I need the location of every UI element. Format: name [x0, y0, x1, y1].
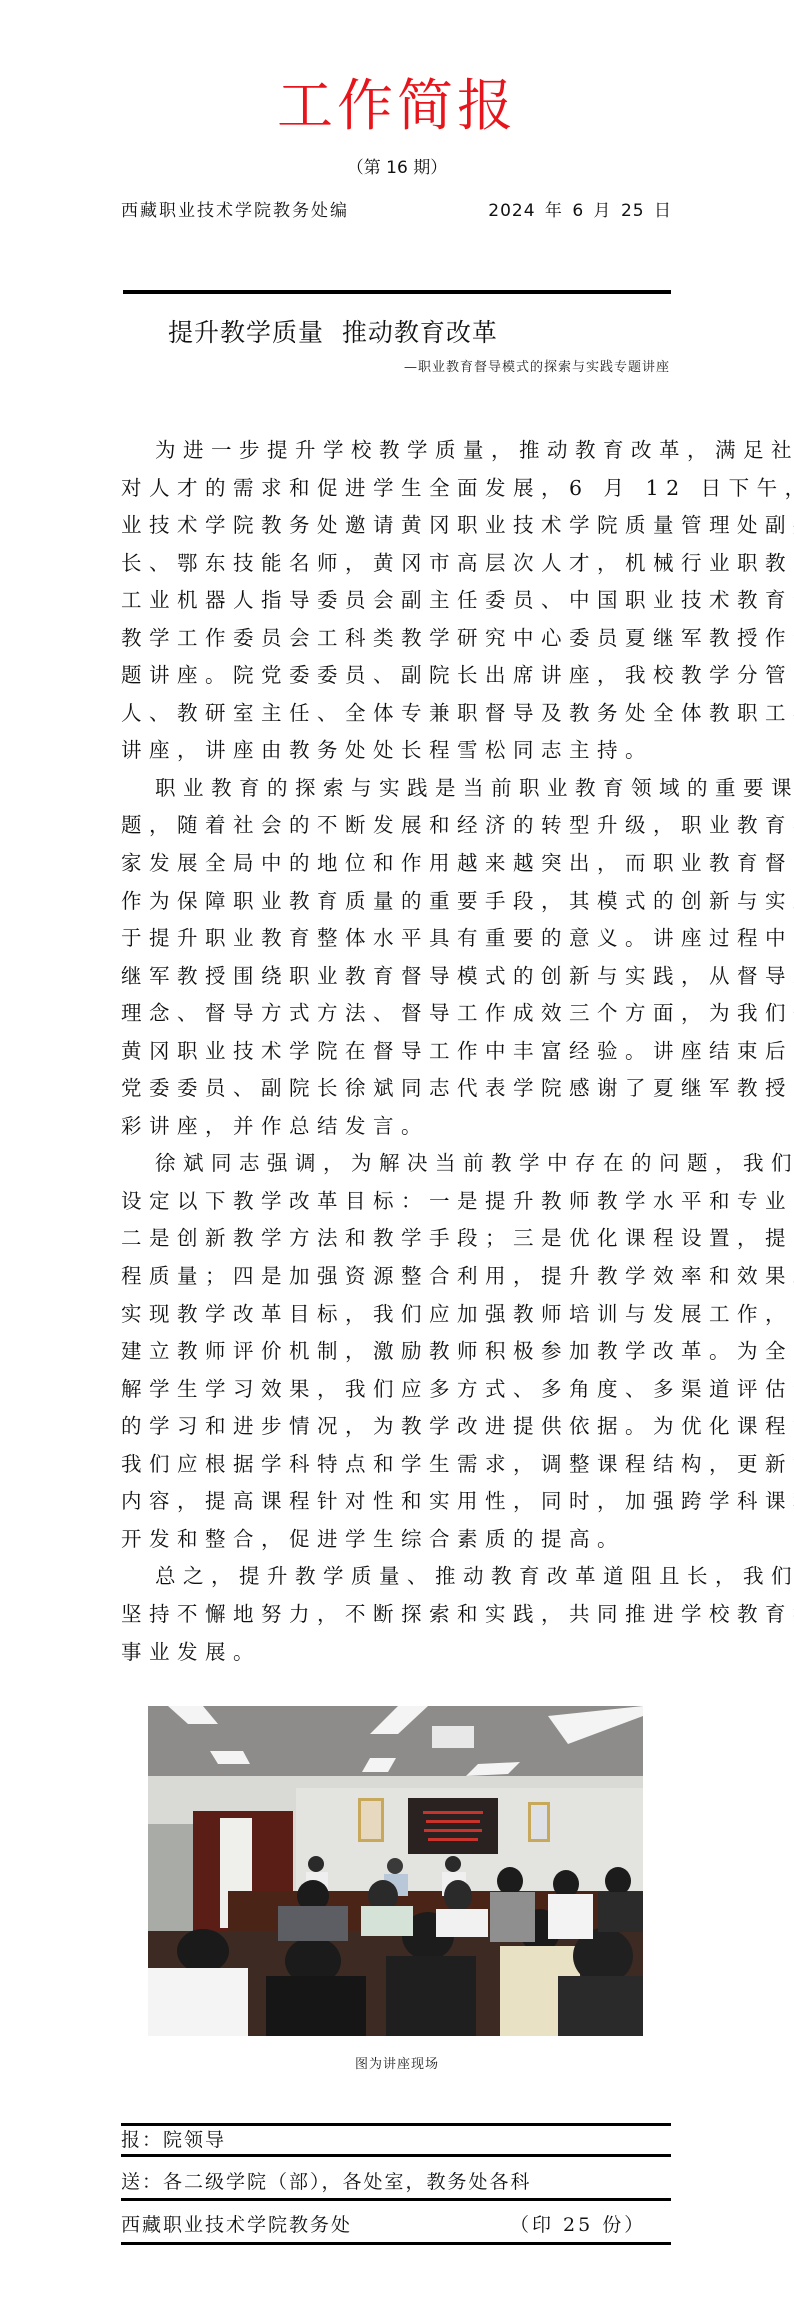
- footer-divider-3: [121, 2198, 671, 2201]
- body-line: 总之，提升教学质量、推动教育改革道阻且长，我们将: [121, 1558, 673, 1596]
- body-line: 设定以下教学改革目标：一是提升教师教学水平和专业素养；: [121, 1183, 673, 1221]
- body-line: 我们应根据学科特点和学生需求，调整课程结构，更新课程: [121, 1446, 673, 1484]
- body-line: 作为保障职业教育质量的重要手段，其模式的创新与实践对: [121, 883, 673, 921]
- body-line: 题讲座。院党委委员、副院长出席讲座，我校教学分管负责: [121, 657, 673, 695]
- body-line: 徐斌同志强调，为解决当前教学中存在的问题，我们应: [121, 1145, 673, 1183]
- body-line: 工业机器人指导委员会副主任委员、中国职业技术教育学会: [121, 582, 673, 620]
- article-body: 为进一步提升学校教学质量，推动教育改革，满足社会对人才的需求和促进学生全面发展，…: [121, 432, 673, 1671]
- body-line: 长、鄂东技能名师，黄冈市高层次人才，机械行业职教系统: [121, 545, 673, 583]
- body-line: 对人才的需求和促进学生全面发展，6 月 12 日下午，西藏职: [121, 470, 673, 508]
- body-line: 二是创新教学方法和教学手段；三是优化课程设置，提高课: [121, 1220, 673, 1258]
- body-line: 坚持不懈地努力，不断探索和实践，共同推进学校教育教学: [121, 1596, 673, 1634]
- body-line: 教学工作委员会工科类教学研究中心委员夏继军教授作专: [121, 620, 673, 658]
- body-line: 家发展全局中的地位和作用越来越突出，而职业教育督导，: [121, 845, 673, 883]
- body-line: 业技术学院教务处邀请黄冈职业技术学院质量管理处副处: [121, 507, 673, 545]
- body-line: 开发和整合，促进学生综合素质的提高。: [121, 1521, 673, 1559]
- body-line: 彩讲座，并作总结发言。: [121, 1108, 673, 1146]
- body-line: 为进一步提升学校教学质量，推动教育改革，满足社会: [121, 432, 673, 470]
- editor-line: 西藏职业技术学院教务处编: [121, 198, 349, 224]
- body-line: 理念、督导方式方法、督导工作成效三个方面，为我们分享: [121, 995, 673, 1033]
- body-line: 人、教研室主任、全体专兼职督导及教务处全体教职工参加: [121, 695, 673, 733]
- lecture-photo: [148, 1706, 643, 2036]
- article-subheadline: —职业教育督导模式的探索与实践专题讲座: [404, 358, 670, 378]
- send-to: 送：各二级学院（部），各处室，教务处各科: [121, 2168, 532, 2196]
- publish-date: 2024 年 6 月 25 日: [488, 198, 672, 224]
- masthead-title: 工作简报: [0, 72, 794, 142]
- body-line: 解学生学习效果，我们应多方式、多角度、多渠道评估学生: [121, 1371, 673, 1409]
- footer-divider-2: [121, 2154, 671, 2157]
- body-line: 的学习和进步情况，为教学改进提供依据。为优化课程设置，: [121, 1408, 673, 1446]
- body-line: 黄冈职业技术学院在督导工作中丰富经验。讲座结束后，院: [121, 1033, 673, 1071]
- body-line: 于提升职业教育整体水平具有重要的意义。讲座过程中，夏: [121, 920, 673, 958]
- body-line: 继军教授围绕职业教育督导模式的创新与实践，从督导工作: [121, 958, 673, 996]
- body-line: 实现教学改革目标，我们应加强教师培训与发展工作，同时: [121, 1296, 673, 1334]
- body-line: 党委委员、副院长徐斌同志代表学院感谢了夏继军教授的精: [121, 1070, 673, 1108]
- body-line: 内容，提高课程针对性和实用性，同时，加强跨学科课程的: [121, 1483, 673, 1521]
- body-line: 程质量；四是加强资源整合利用，提升教学效率和效果。为: [121, 1258, 673, 1296]
- body-line: 题，随着社会的不断发展和经济的转型升级，职业教育在国: [121, 807, 673, 845]
- report-to: 报：院领导: [121, 2126, 226, 2154]
- footer-divider-4: [121, 2242, 671, 2245]
- print-copies: （印 25 份）: [510, 2211, 646, 2239]
- body-line: 讲座，讲座由教务处处长程雪松同志主持。: [121, 732, 673, 770]
- issue-number: （第 16 期）: [0, 156, 794, 180]
- body-line: 建立教师评价机制，激励教师积极参加教学改革。为全面了: [121, 1333, 673, 1371]
- body-line: 职业教育的探索与实践是当前职业教育领域的重要课: [121, 770, 673, 808]
- body-line: 事业发展。: [121, 1634, 673, 1672]
- photo-caption: 图为讲座现场: [0, 2053, 794, 2072]
- lecture-scene-illustration: [148, 1706, 643, 2036]
- header-divider: [123, 290, 671, 294]
- article-headline: 提升教学质量 推动教育改革: [168, 315, 498, 351]
- issuer: 西藏职业技术学院教务处: [121, 2211, 352, 2239]
